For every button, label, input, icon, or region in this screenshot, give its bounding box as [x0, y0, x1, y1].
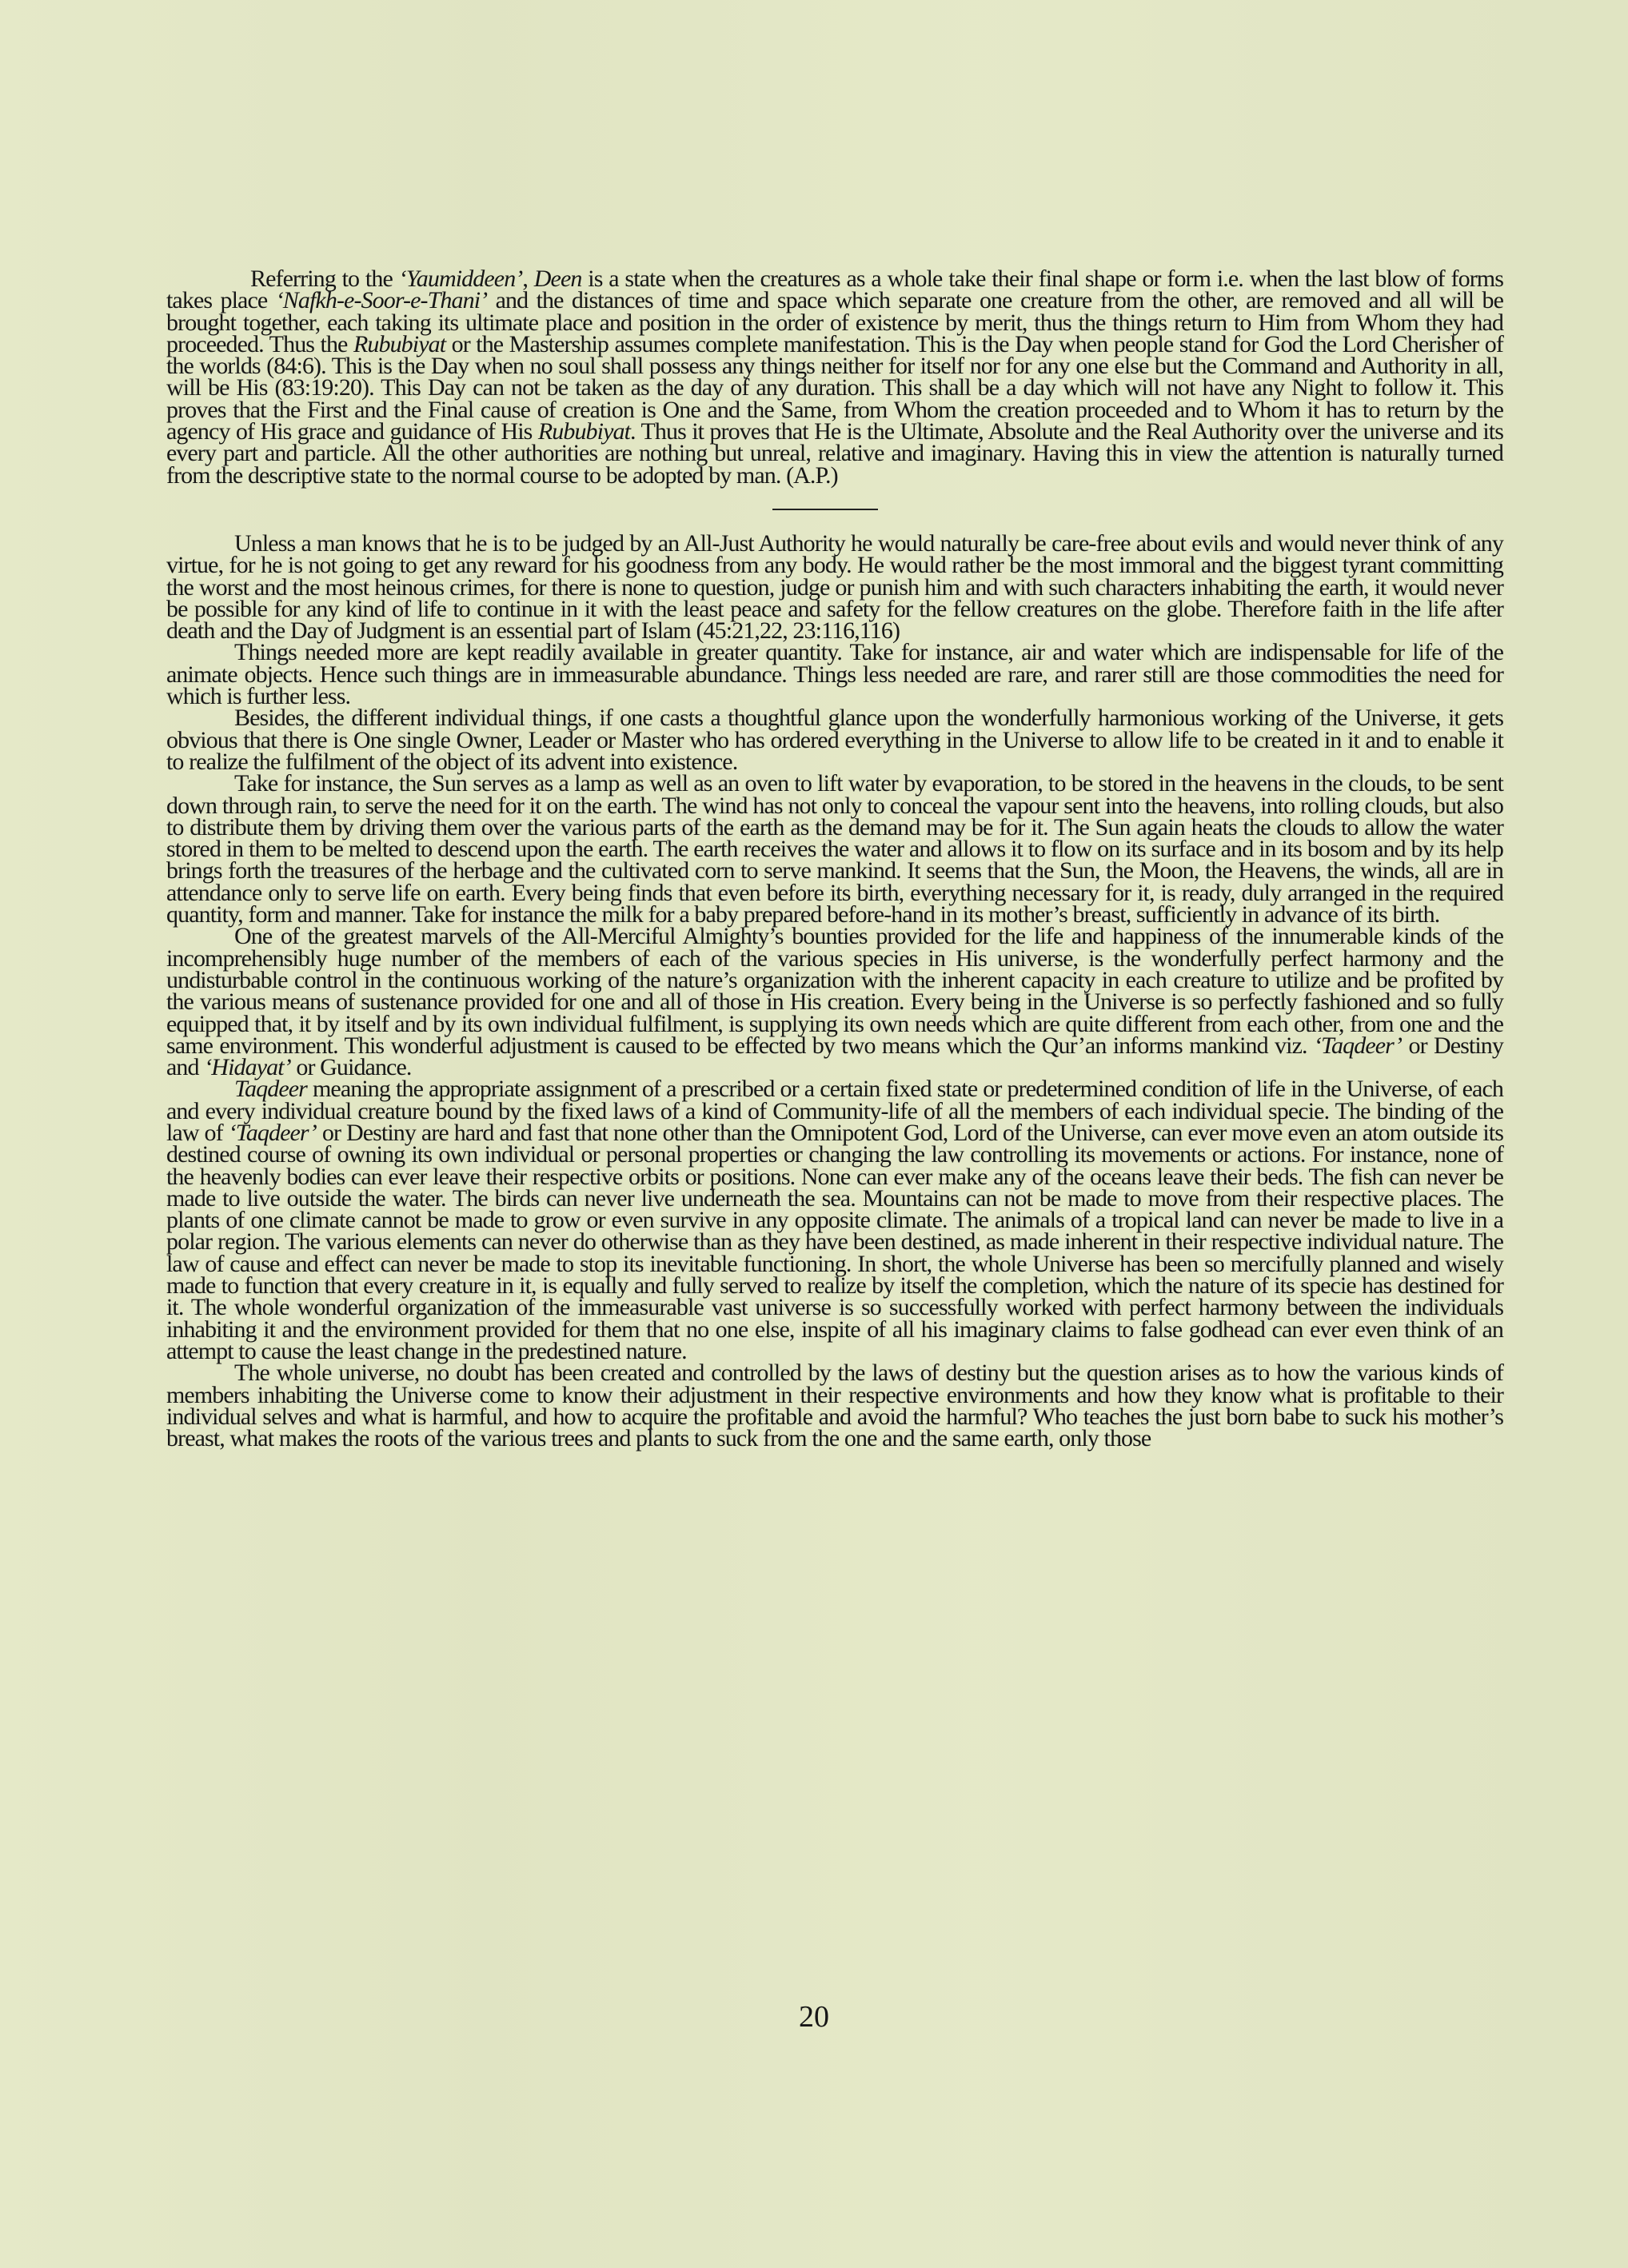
paragraph-judgment: Unless a man knows that he is to be judg… — [166, 533, 1503, 641]
text-run: Besides, the different individual things… — [166, 705, 1503, 775]
text-run: Unless a man knows that he is to be judg… — [166, 530, 1503, 644]
intro-paragraph: Referring to the ‘Yaumiddeen’, Deen is a… — [166, 268, 1503, 486]
paragraph-whole-universe: The whole universe, no doubt has been cr… — [166, 1362, 1503, 1449]
paragraph-marvels: One of the greatest marvels of the All-M… — [166, 925, 1503, 1078]
section-divider — [772, 509, 878, 510]
page-body: Referring to the ‘Yaumiddeen’, Deen is a… — [166, 268, 1503, 1449]
paragraph-taqdeer: Taqdeer meaning the appropriate assignme… — [166, 1078, 1503, 1362]
page-number: 20 — [0, 1999, 1628, 2034]
text-run: or Destiny are hard and fast that none o… — [166, 1120, 1503, 1364]
text-run: The whole universe, no doubt has been cr… — [166, 1360, 1503, 1451]
italic-term: ‘Taqdeer’ — [1314, 1032, 1402, 1059]
text-run: Things needed more are kept readily avai… — [166, 639, 1503, 709]
paragraph-things-needed: Things needed more are kept readily avai… — [166, 641, 1503, 707]
body-paragraphs: Unless a man knows that he is to be judg… — [166, 533, 1503, 1449]
text-run: One of the greatest marvels of the All-M… — [166, 923, 1503, 1058]
paragraph-sun: Take for instance, the Sun serves as a l… — [166, 773, 1503, 925]
text-run: Take for instance, the Sun serves as a l… — [166, 770, 1503, 928]
paragraph-besides: Besides, the different individual things… — [166, 707, 1503, 773]
